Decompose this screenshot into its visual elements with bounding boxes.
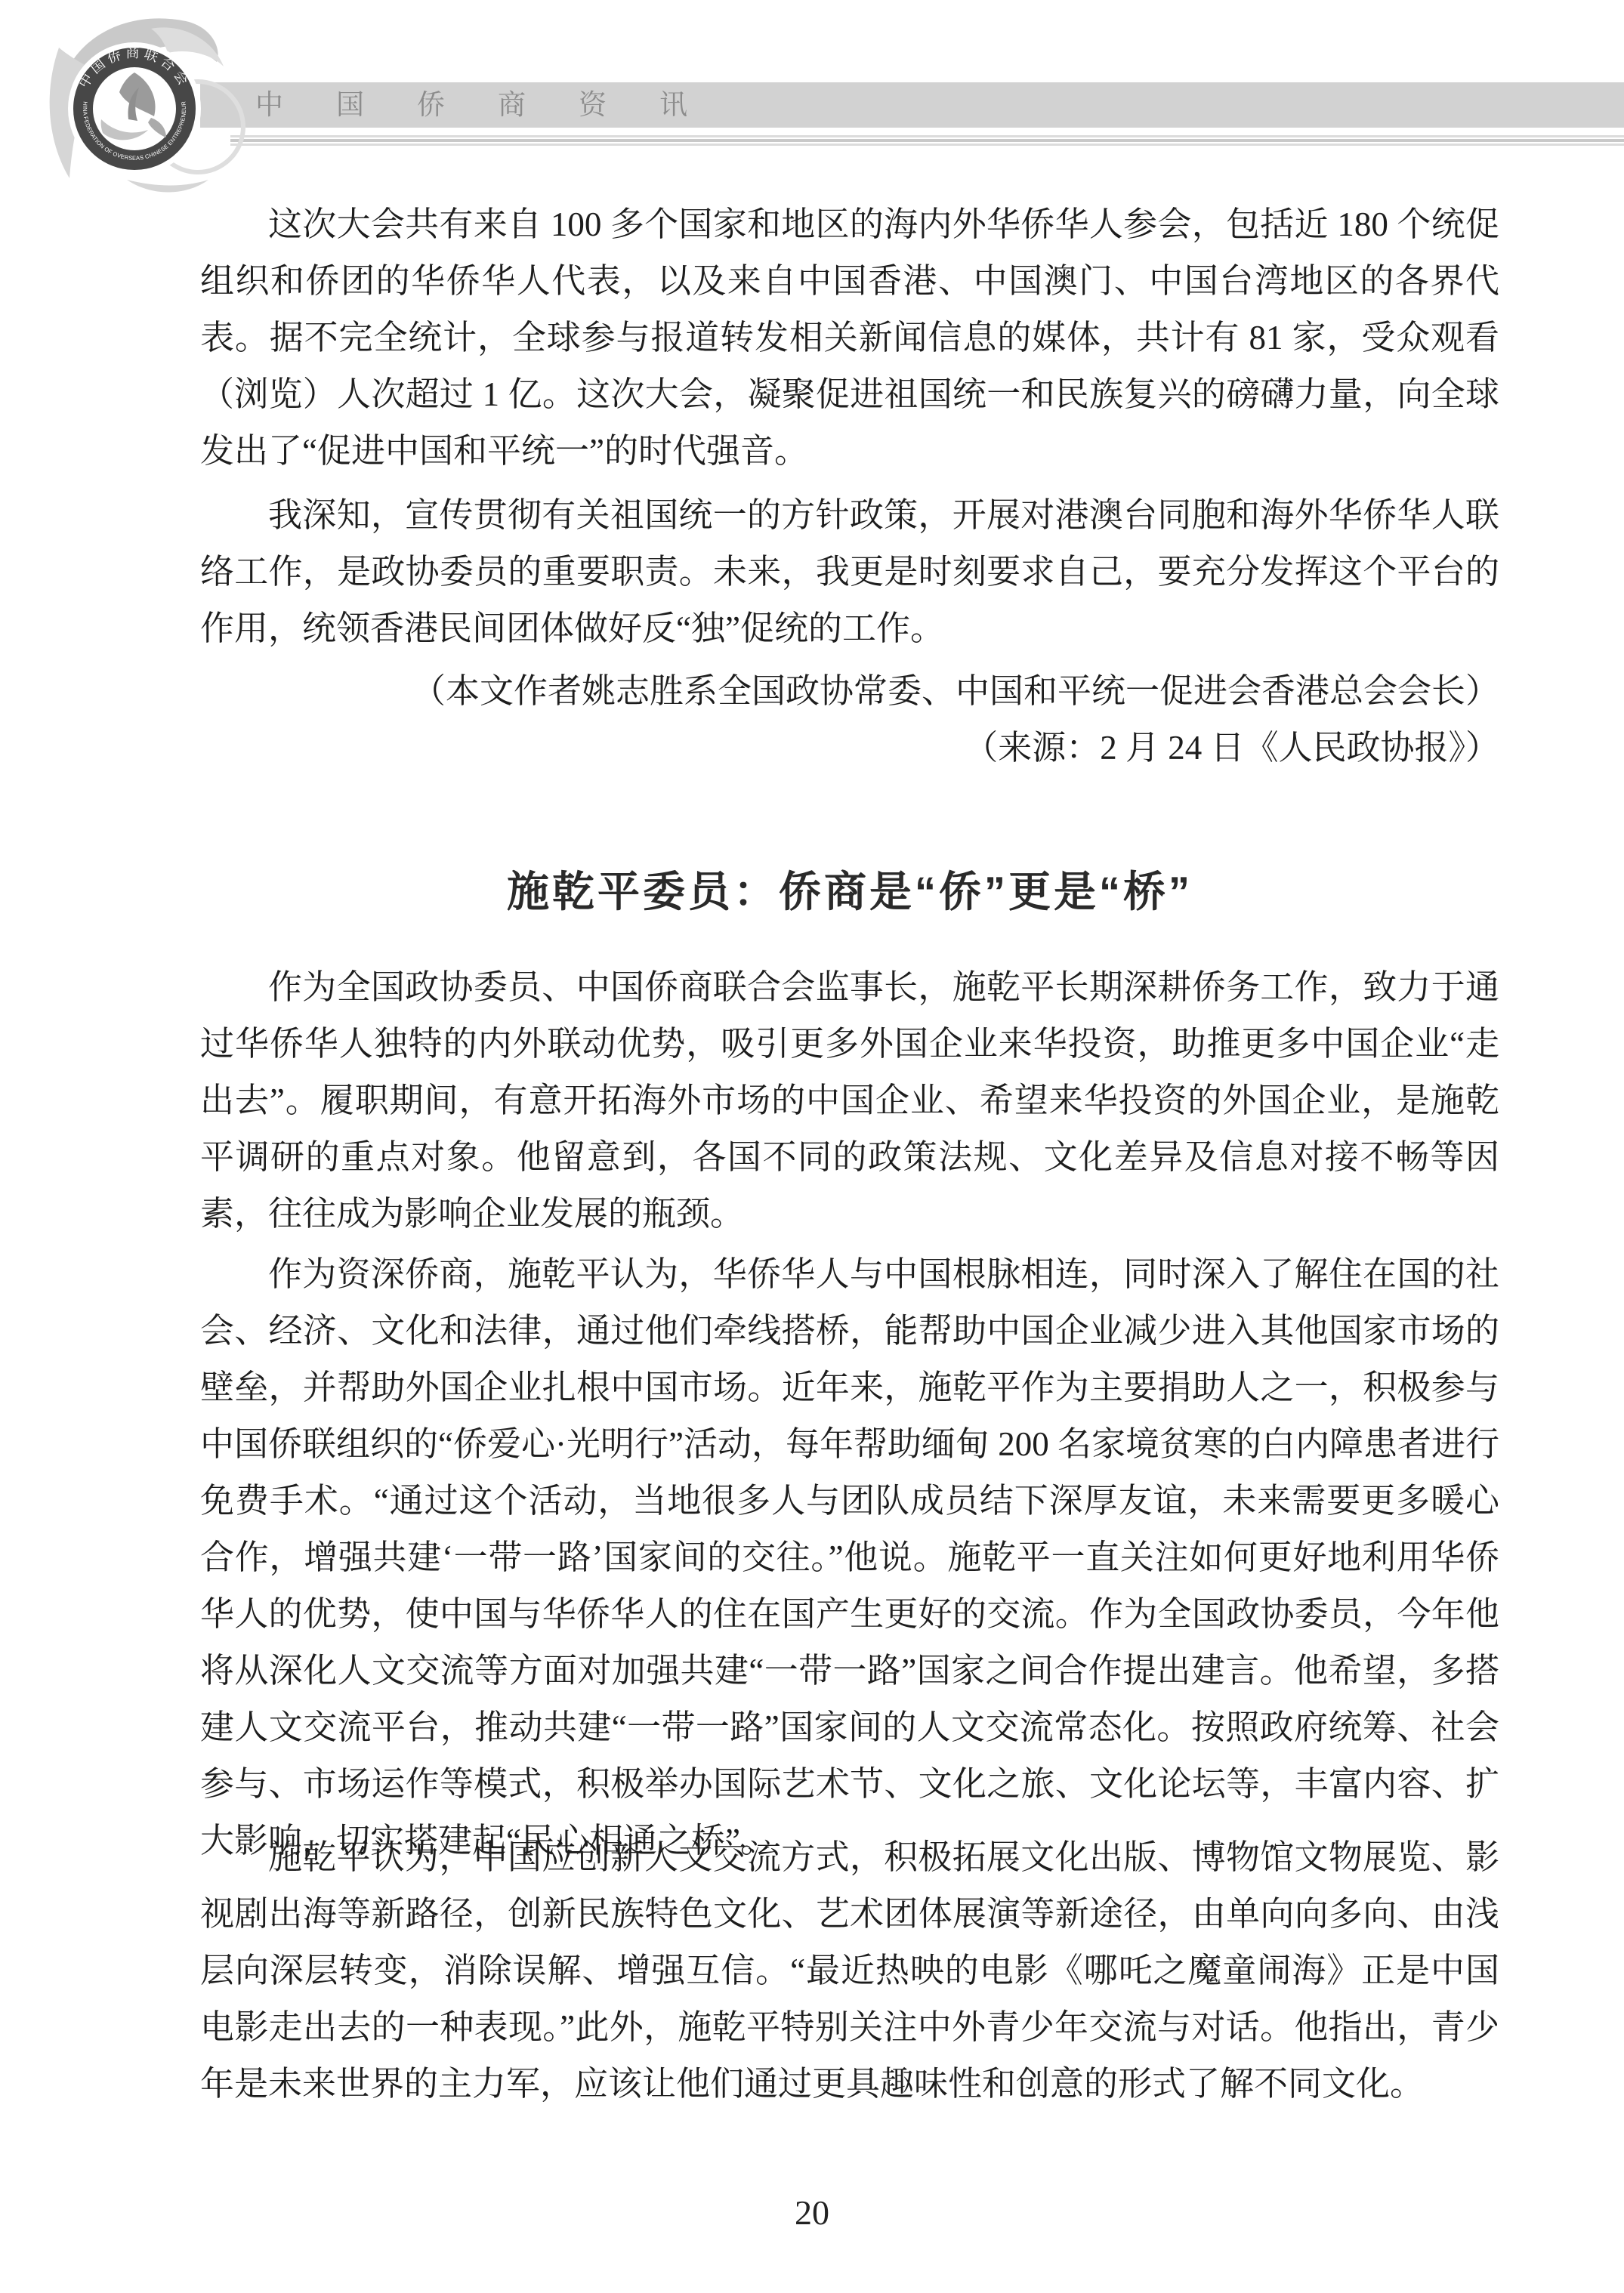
page-number: 20 [0,2190,1624,2236]
federation-logo: 中国侨商联合会 CHINA FEDERATION OF OVERSEAS CHI… [38,6,257,196]
paragraph: 作为资深侨商，施乾平认为，华侨华人与中国根脉相连，同时深入了解住在国的社会、经济… [200,1246,1499,1869]
author-note: （本文作者姚志胜系全国政协常委、中国和平统一促进会香港总会会长） [200,663,1499,720]
paragraph: 这次大会共有来自 100 多个国家和地区的海内外华侨华人参会，包括近 180 个… [200,196,1499,480]
masthead-bar: 中国侨商资讯 [200,82,1624,128]
paragraph: 作为全国政协委员、中国侨商联合会监事长，施乾平长期深耕侨务工作，致力于通过华侨华… [200,959,1499,1242]
paragraph: 我深知，宣传贯彻有关祖国统一的方针政策，开展对港澳台同胞和海外华侨华人联络工作，… [200,487,1499,657]
paragraph: 施乾平认为，中国应创新人文交流方式，积极拓展文化出版、博物馆文物展览、影视剧出海… [200,1829,1499,2112]
masthead-title: 中国侨商资讯 [255,82,740,128]
header-rule [230,135,1624,146]
federation-logo-icon: 中国侨商联合会 CHINA FEDERATION OF OVERSEAS CHI… [38,6,257,196]
source-note: （来源：2 月 24 日《人民政协报》） [200,720,1499,776]
article-title: 施乾平委员：侨商是“侨”更是“桥” [200,858,1499,926]
logo-petal-bottom [127,180,208,193]
document-page: 中国侨商资讯 中国侨商联合会 CHINA FEDERATION OF O [0,0,1624,2293]
